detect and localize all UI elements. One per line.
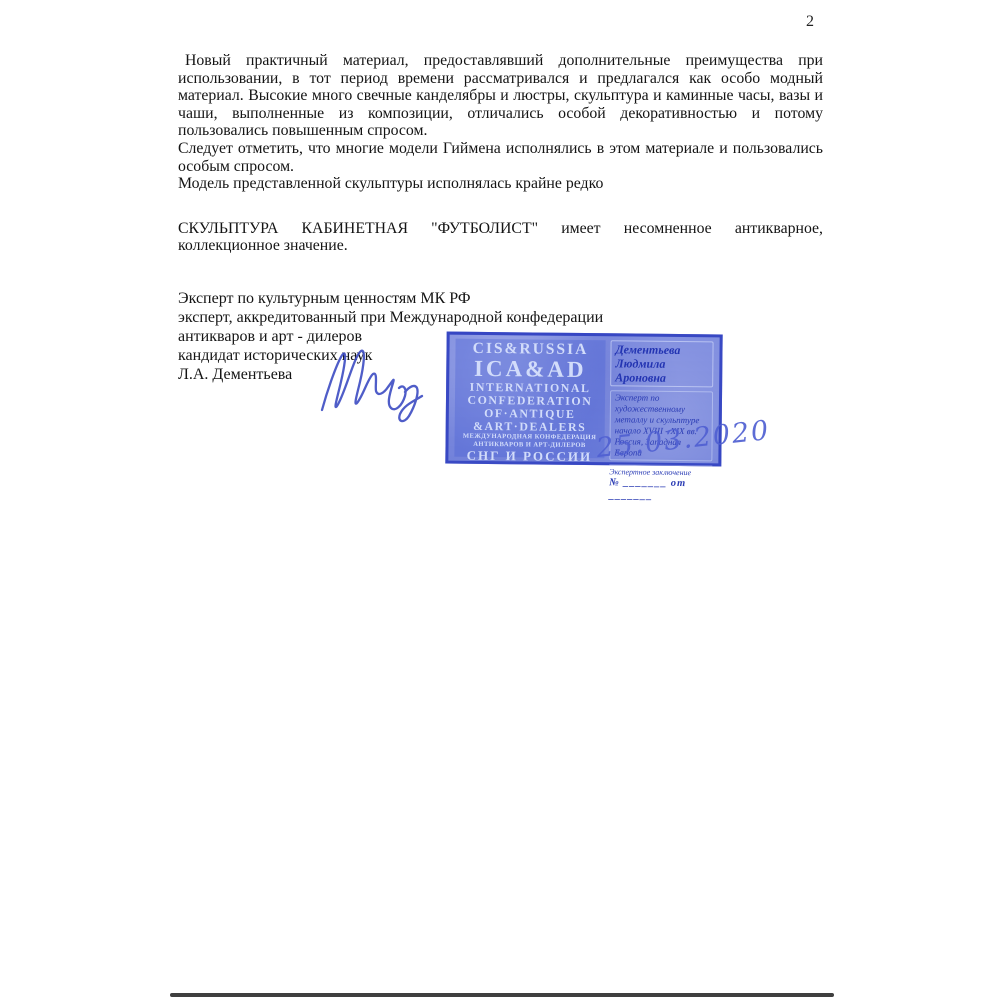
stamp-number-line: № _______ от _______: [609, 476, 712, 503]
paragraph-rarity: Модель представленной скульптуры исполня…: [178, 175, 823, 193]
stamp-org-icaad: ICA&AD: [455, 357, 605, 383]
document-body: Новый практичный материал, предоставлявш…: [178, 52, 823, 255]
expert-title-line: Эксперт по культурным ценностям МК РФ: [178, 289, 638, 308]
stamp-org-cis-rossii: СНГ И РОССИИ: [454, 448, 604, 465]
stamp-specialty-line1: Эксперт по художественному: [615, 392, 708, 415]
paragraph-models: Следует отметить, что многие модели Гийм…: [178, 140, 823, 175]
stamp-expert-surname: Дементьева: [615, 342, 708, 357]
stamp-expert-given-names: Людмила Ароновна: [615, 356, 708, 385]
paragraph-conclusion: СКУЛЬПТУРА КАБИНЕТНАЯ "ФУТБОЛИСТ" имеет …: [178, 220, 823, 255]
document-page: { "page": { "number": "2" }, "document":…: [0, 0, 1000, 1000]
paragraph-material: Новый практичный материал, предоставлявш…: [178, 52, 823, 140]
page-number: 2: [806, 13, 814, 31]
expert-accreditation-line: эксперт, аккредитованный при Международн…: [178, 308, 638, 327]
stamp-expert-name: Дементьева Людмила Ароновна: [610, 340, 713, 387]
page-bottom-edge: [170, 993, 834, 997]
stamp-footer-label: Экспертное заключение: [609, 464, 712, 477]
stamp-organization-block: CIS&RUSSIA ICA&AD INTERNATIONAL CONFEDER…: [454, 339, 605, 459]
handwritten-signature: [318, 344, 436, 436]
